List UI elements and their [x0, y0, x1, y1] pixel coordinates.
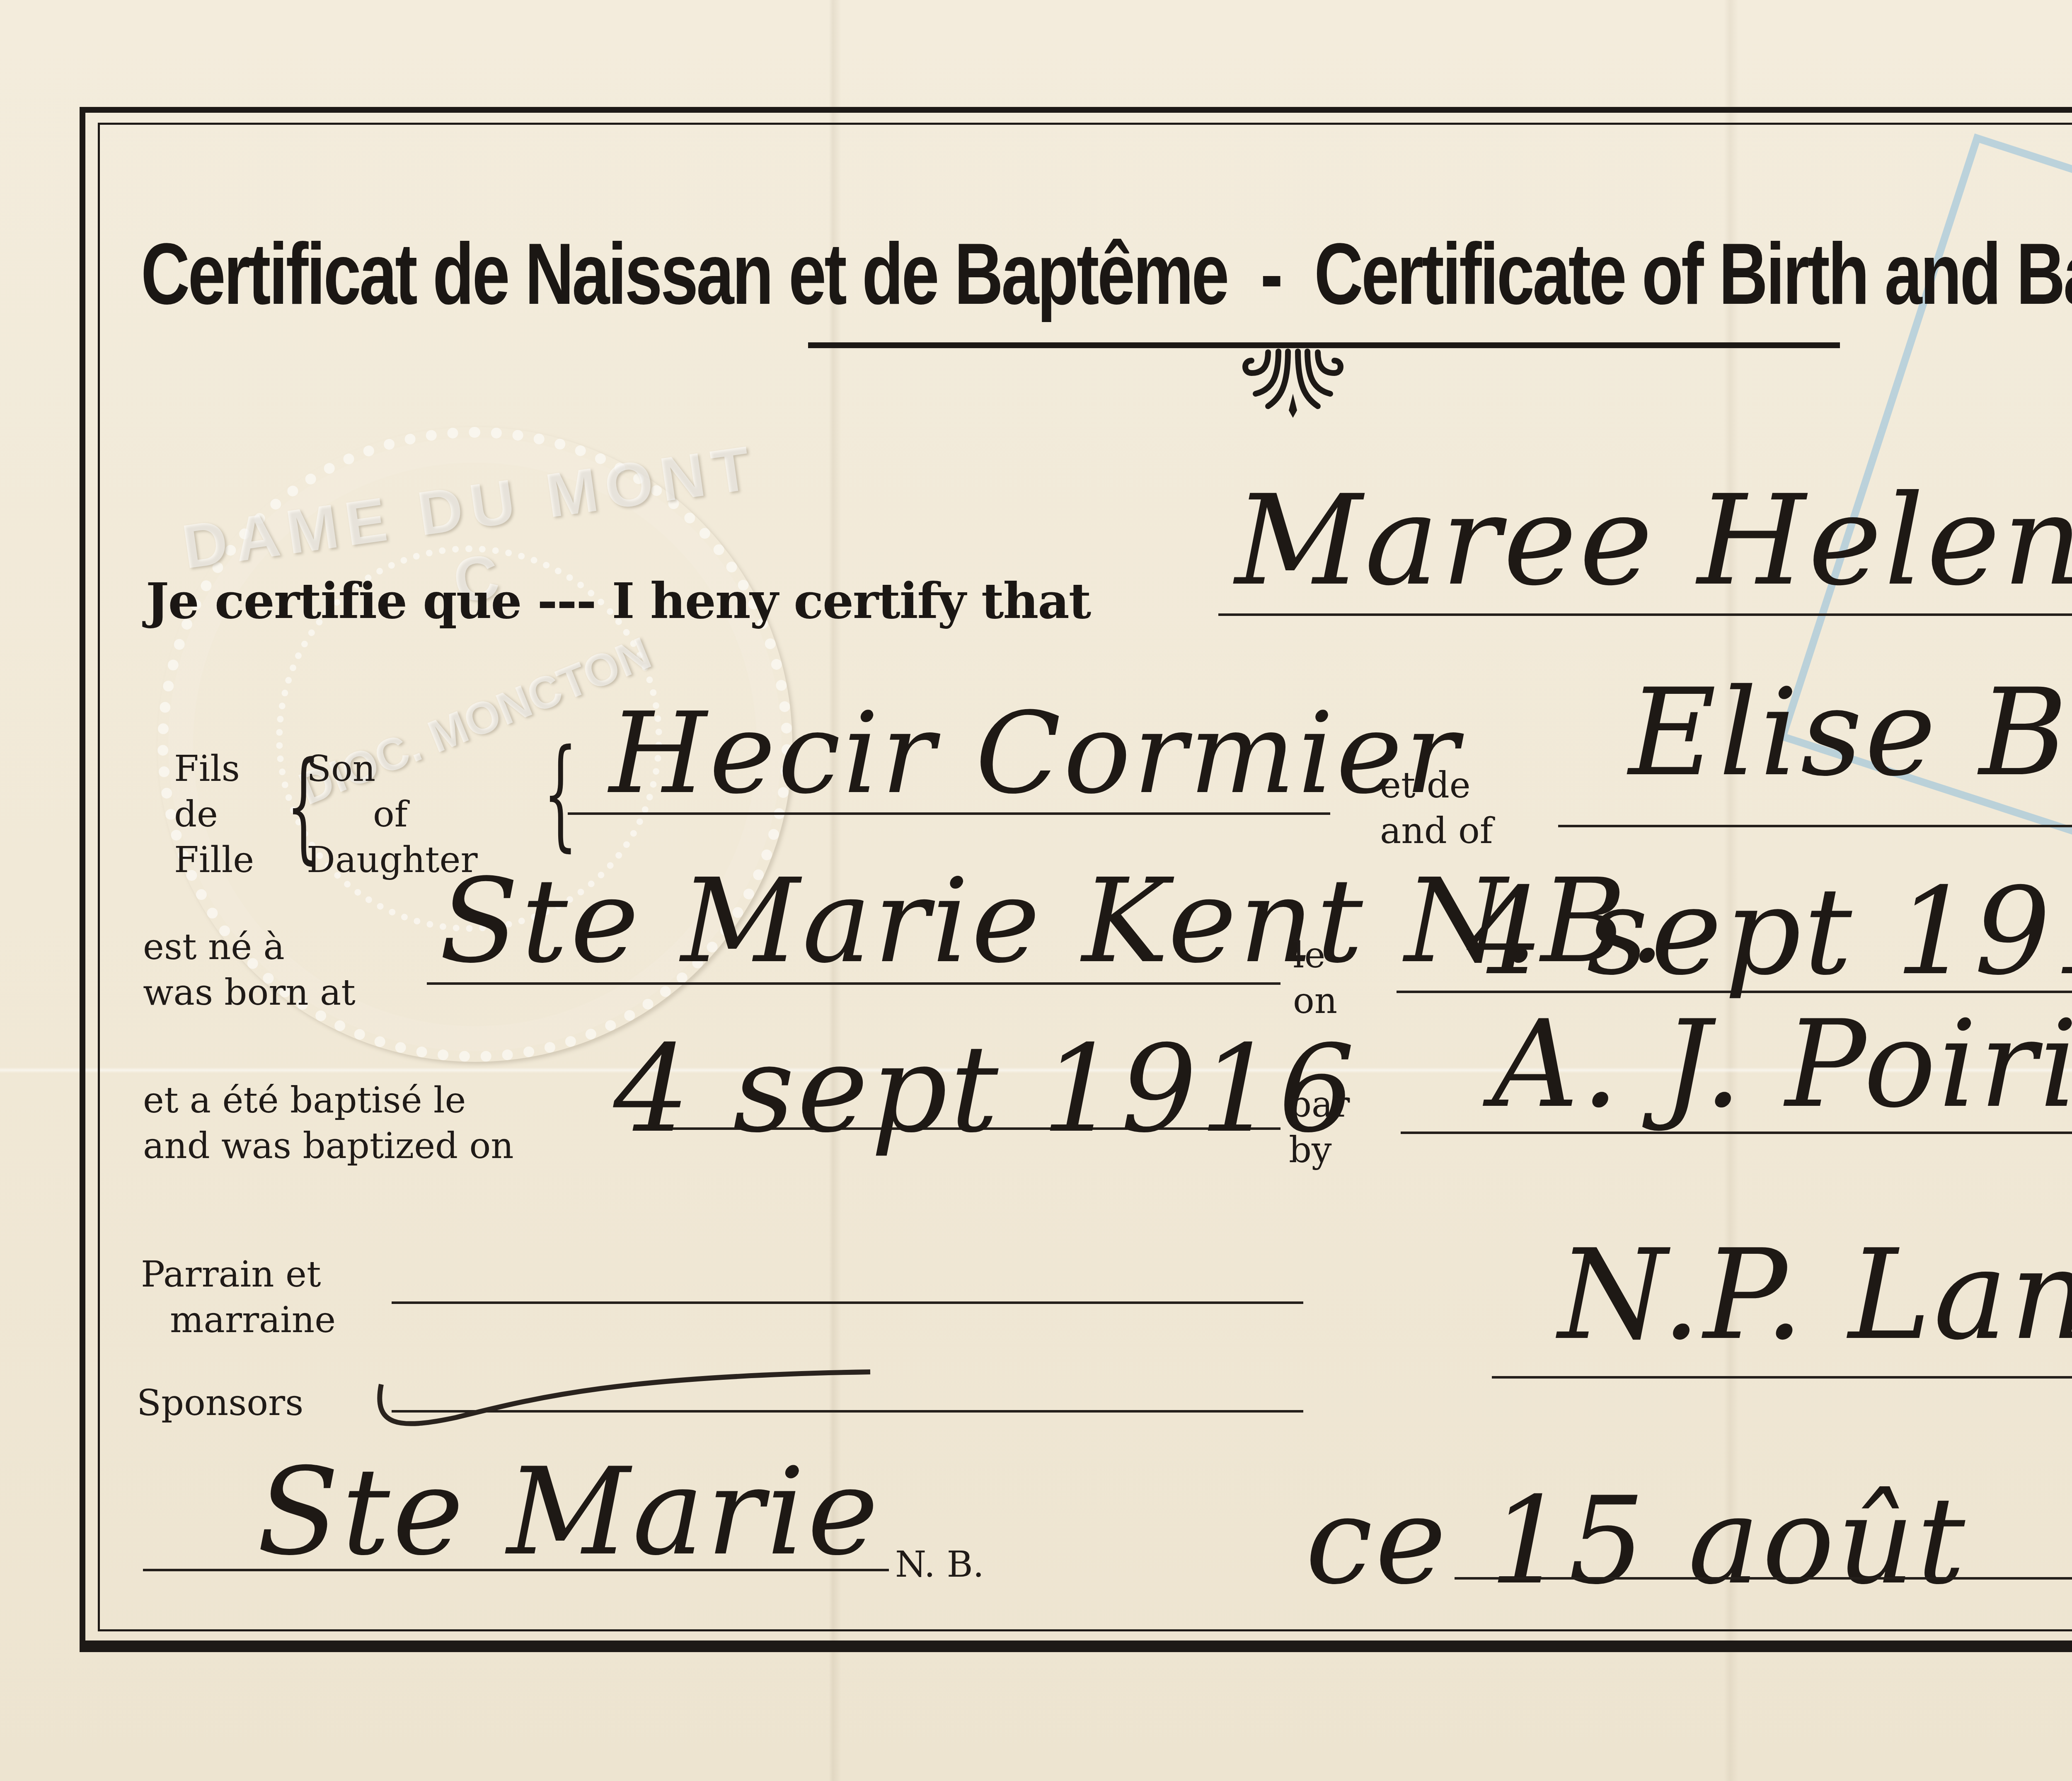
title-separator: - — [1261, 225, 1281, 322]
issue-place-suffix: N. B. — [895, 1542, 984, 1587]
baptism-by-label: par by — [1289, 1082, 1350, 1173]
baptism-by-value: A. J. Poirier — [1492, 995, 2072, 1134]
issue-place-line — [143, 1569, 889, 1571]
certify-label: Je certifie que --- I heny certify that — [146, 572, 1090, 630]
label-fils: Fils — [174, 746, 254, 792]
sponsors-label-en: Sponsors — [137, 1380, 303, 1426]
certificate-title: Certificat de Naissan et de Baptême - Ce… — [141, 224, 1996, 324]
label-son: Son — [307, 746, 478, 792]
fleuron-ornament-icon — [1239, 348, 1347, 419]
parents-label-fr: Fils de Fille — [174, 746, 254, 883]
issue-date-value: ce 15 août — [1305, 1471, 1968, 1611]
title-french: Certificat de Naissan et de Baptême — [141, 225, 1227, 322]
label-and-was-baptized-on: and was baptized on — [143, 1123, 514, 1169]
label-et-a-ete-baptise-le: et a été baptisé le — [143, 1078, 514, 1123]
birth-place-label: est né à was born at — [143, 924, 356, 1015]
label-was-born-at: was born at — [143, 970, 356, 1015]
birth-date-value: 4 sept 1916 — [1467, 862, 2072, 1002]
label-on: on — [1293, 978, 1337, 1024]
pastor-signature-line — [1492, 1376, 2072, 1379]
label-est-ne-a: est né à — [143, 924, 356, 970]
mother-line — [1558, 825, 2072, 827]
label-and-of: and of — [1380, 808, 1493, 854]
brace-right: { — [543, 734, 578, 854]
father-name-value: Hecir Cormier — [609, 688, 1461, 819]
baptism-date-value: 4 sept 1916 — [613, 1020, 1358, 1159]
label-le: le — [1293, 933, 1337, 978]
name-line — [1218, 613, 2072, 616]
label-by: by — [1289, 1127, 1350, 1173]
and-of-label: et de and of — [1380, 763, 1493, 854]
issue-date-line — [1455, 1577, 2072, 1580]
label-et-de: et de — [1380, 763, 1493, 808]
title-english: Certificate of Birth and Baptism — [1314, 225, 2072, 322]
title-underline — [808, 342, 1840, 348]
label-parrain-et: Parrain et — [141, 1252, 336, 1297]
baptism-date-label: et a été baptisé le and was baptized on — [143, 1078, 514, 1169]
label-de: de — [174, 792, 254, 837]
birth-date-label: le on — [1293, 933, 1337, 1024]
label-par: par — [1289, 1082, 1350, 1127]
pastor-signature: N.P. Landry — [1558, 1223, 2072, 1367]
label-marraine: marraine — [141, 1297, 336, 1343]
certificate-bottom-border — [80, 1640, 2072, 1646]
sponsors-label-fr: Parrain et marraine — [141, 1252, 336, 1343]
label-of: of — [307, 792, 478, 837]
sponsor-pen-stroke — [373, 1368, 891, 1434]
sponsor-line-1 — [392, 1301, 1303, 1304]
label-fille: Fille — [174, 837, 254, 883]
mother-name-value: Elise Breau — [1629, 663, 2072, 803]
issue-place-value: Ste Marie — [257, 1442, 881, 1582]
child-name-value: Maree Helene Cormier — [1235, 468, 2072, 613]
